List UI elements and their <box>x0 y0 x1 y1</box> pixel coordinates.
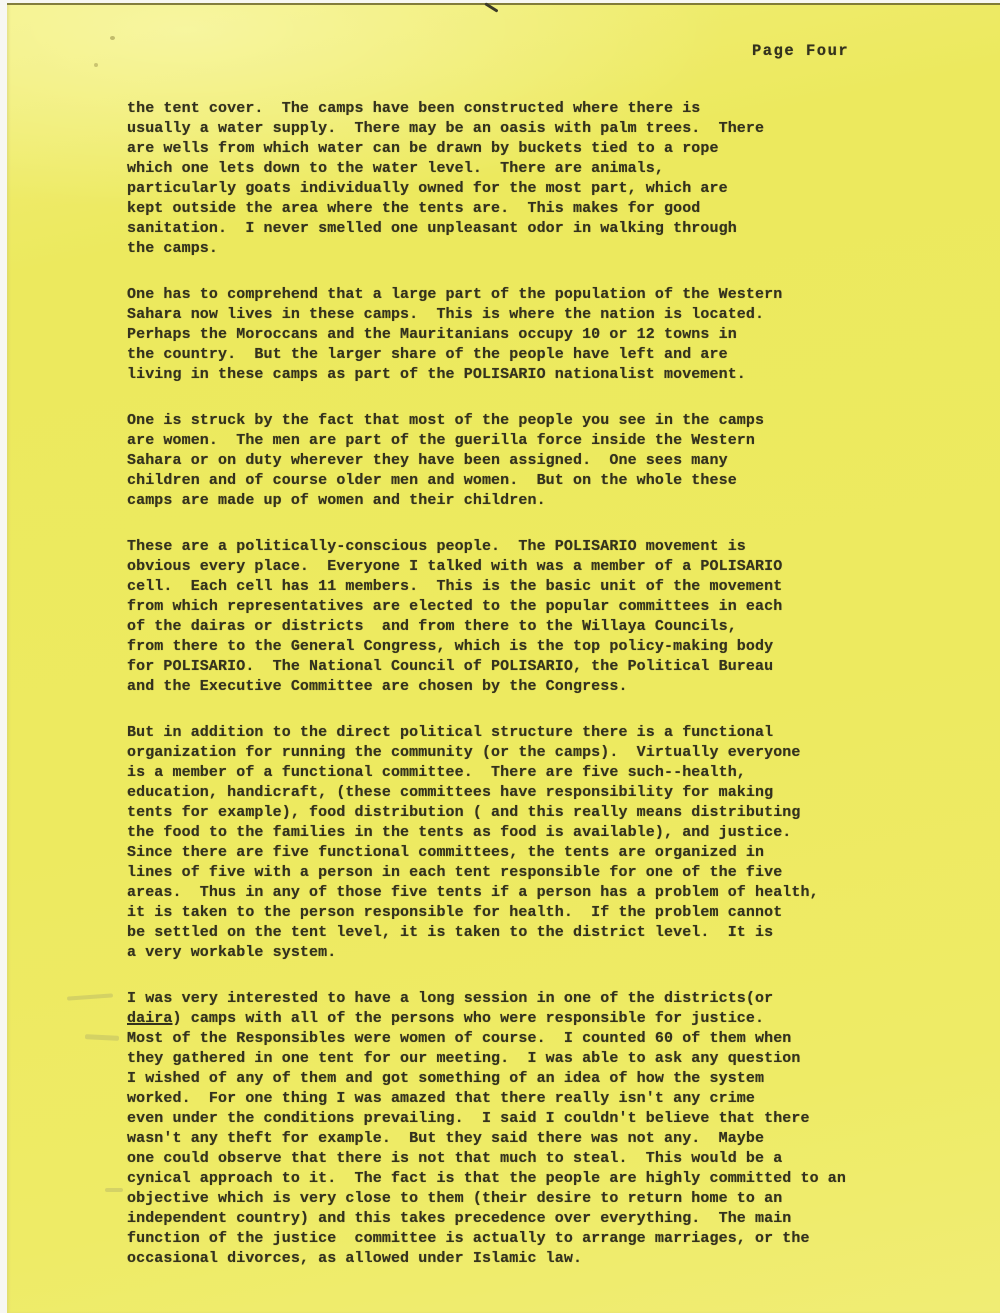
text-line: cynical approach to it. The fact is that… <box>127 1169 917 1189</box>
text-line: are wells from which water can be drawn … <box>127 139 917 159</box>
paper-smudge <box>85 1034 119 1041</box>
paragraph: I was very interested to have a long ses… <box>127 989 917 1269</box>
text-line: daira) camps with all of the persons who… <box>127 1009 917 1029</box>
paragraph: the tent cover. The camps have been cons… <box>127 99 917 259</box>
text-line: tents for example), food distribution ( … <box>127 803 917 823</box>
paper-speck <box>94 63 98 67</box>
text-line: from which representatives are elected t… <box>127 597 917 617</box>
text-line: Sahara now lives in these camps. This is… <box>127 305 917 325</box>
text-line: sanitation. I never smelled one unpleasa… <box>127 219 917 239</box>
text-line: independent country) and this takes prec… <box>127 1209 917 1229</box>
text-line: One is struck by the fact that most of t… <box>127 411 917 431</box>
text-line: they gathered in one tent for our meetin… <box>127 1049 917 1069</box>
text-line: Perhaps the Moroccans and the Mauritania… <box>127 325 917 345</box>
text-line: camps are made up of women and their chi… <box>127 491 917 511</box>
text-line: function of the justice committee is act… <box>127 1229 917 1249</box>
text-line: the food to the families in the tents as… <box>127 823 917 843</box>
paper-smudge <box>67 993 113 1000</box>
text-line: particularly goats individually owned fo… <box>127 179 917 199</box>
text-line: and the Executive Committee are chosen b… <box>127 677 917 697</box>
text-line: areas. Thus in any of those five tents i… <box>127 883 917 903</box>
text-line: cell. Each cell has 11 members. This is … <box>127 577 917 597</box>
text-line: of the dairas or districts and from ther… <box>127 617 917 637</box>
paper-smudge <box>105 1188 123 1192</box>
scanned-page-viewport: Page Four the tent cover. The camps have… <box>0 0 1000 1313</box>
paper-speck <box>110 36 115 40</box>
text-line: are women. The men are part of the gueri… <box>127 431 917 451</box>
paragraph: One is struck by the fact that most of t… <box>127 411 917 511</box>
text-line: lines of five with a person in each tent… <box>127 863 917 883</box>
text-line: which one lets down to the water level. … <box>127 159 917 179</box>
text-line: Most of the Responsibles were women of c… <box>127 1029 917 1049</box>
paragraph: But in addition to the direct political … <box>127 723 917 963</box>
text-line: I wished of any of them and got somethin… <box>127 1069 917 1089</box>
paragraph: One has to comprehend that a large part … <box>127 285 917 385</box>
text-line: is a member of a functional committee. T… <box>127 763 917 783</box>
text-line: the country. But the larger share of the… <box>127 345 917 365</box>
text-line: for POLISARIO. The National Council of P… <box>127 657 917 677</box>
text-line: But in addition to the direct political … <box>127 723 917 743</box>
text-line: from there to the General Congress, whic… <box>127 637 917 657</box>
text-line: usually a water supply. There may be an … <box>127 119 917 139</box>
text-line: children and of course older men and wom… <box>127 471 917 491</box>
text-line: education, handicraft, (these committees… <box>127 783 917 803</box>
text-line: a very workable system. <box>127 943 917 963</box>
pen-tick-mark <box>484 2 498 12</box>
text-line: wasn't any theft for example. But they s… <box>127 1129 917 1149</box>
text-line: One has to comprehend that a large part … <box>127 285 917 305</box>
text-line: objective which is very close to them (t… <box>127 1189 917 1209</box>
text-line: be settled on the tent level, it is take… <box>127 923 917 943</box>
text-line: organization for running the community (… <box>127 743 917 763</box>
underlined-word: daira <box>127 1010 173 1027</box>
text-line: I was very interested to have a long ses… <box>127 989 917 1009</box>
text-line: obvious every place. Everyone I talked w… <box>127 557 917 577</box>
text-line: the camps. <box>127 239 917 259</box>
typewritten-text-body: the tent cover. The camps have been cons… <box>127 99 917 1269</box>
text-line: living in these camps as part of the POL… <box>127 365 917 385</box>
text-line: the tent cover. The camps have been cons… <box>127 99 917 119</box>
text-line: Sahara or on duty wherever they have bee… <box>127 451 917 471</box>
paragraph: These are a politically-conscious people… <box>127 537 917 697</box>
text-line: These are a politically-conscious people… <box>127 537 917 557</box>
text-line: it is taken to the person responsible fo… <box>127 903 917 923</box>
text-line: one could observe that there is not that… <box>127 1149 917 1169</box>
text-line: even under the conditions prevailing. I … <box>127 1109 917 1129</box>
text-line: occasional divorces, as allowed under Is… <box>127 1249 917 1269</box>
page-number: Page Four <box>752 42 849 60</box>
text-line: kept outside the area where the tents ar… <box>127 199 917 219</box>
text-line: worked. For one thing I was amazed that … <box>127 1089 917 1109</box>
text-line: Since there are five functional committe… <box>127 843 917 863</box>
